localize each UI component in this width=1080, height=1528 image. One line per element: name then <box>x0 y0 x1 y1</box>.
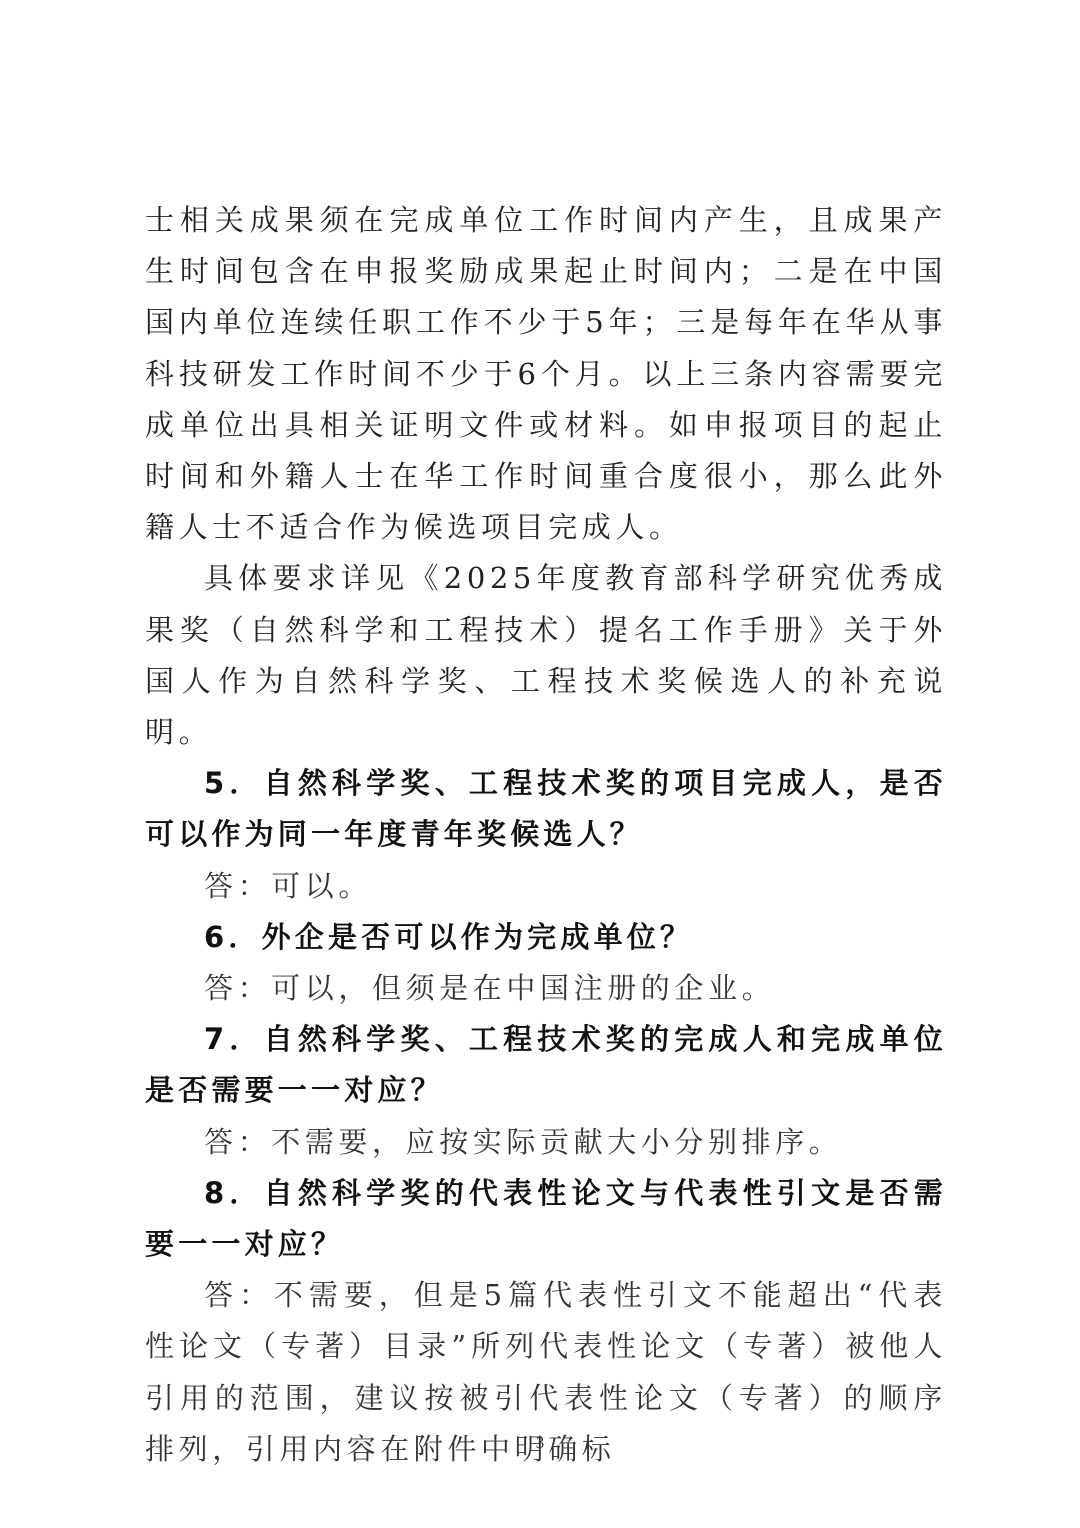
document-body: 士相关成果须在完成单位工作时间内产生，且成果产生时间包含在申报奖励成果起止时间内… <box>145 195 947 1475</box>
answer-5: 答：可以。 <box>145 861 947 912</box>
question-8: 8．自然科学奖的代表性论文与代表性引文是否需要一一对应？ <box>145 1168 947 1270</box>
paragraph-requirements-reference: 具体要求详见《2025年度教育部科学研究优秀成果奖（自然科学和工程技术）提名工作… <box>145 553 947 758</box>
answer-6: 答：可以，但须是在中国注册的企业。 <box>145 963 947 1014</box>
question-7: 7．自然科学奖、工程技术奖的完成人和完成单位是否需要一一对应？ <box>145 1014 947 1116</box>
page-number: 3 <box>0 1433 1080 1453</box>
document-page: 士相关成果须在完成单位工作时间内产生，且成果产生时间包含在申报奖励成果起止时间内… <box>0 0 1080 1528</box>
paragraph-foreign-expert-conditions: 士相关成果须在完成单位工作时间内产生，且成果产生时间包含在申报奖励成果起止时间内… <box>145 195 947 553</box>
question-5: 5．自然科学奖、工程技术奖的项目完成人，是否可以作为同一年度青年奖候选人？ <box>145 758 947 860</box>
answer-7: 答：不需要，应按实际贡献大小分别排序。 <box>145 1117 947 1168</box>
question-6: 6．外企是否可以作为完成单位？ <box>145 912 947 963</box>
